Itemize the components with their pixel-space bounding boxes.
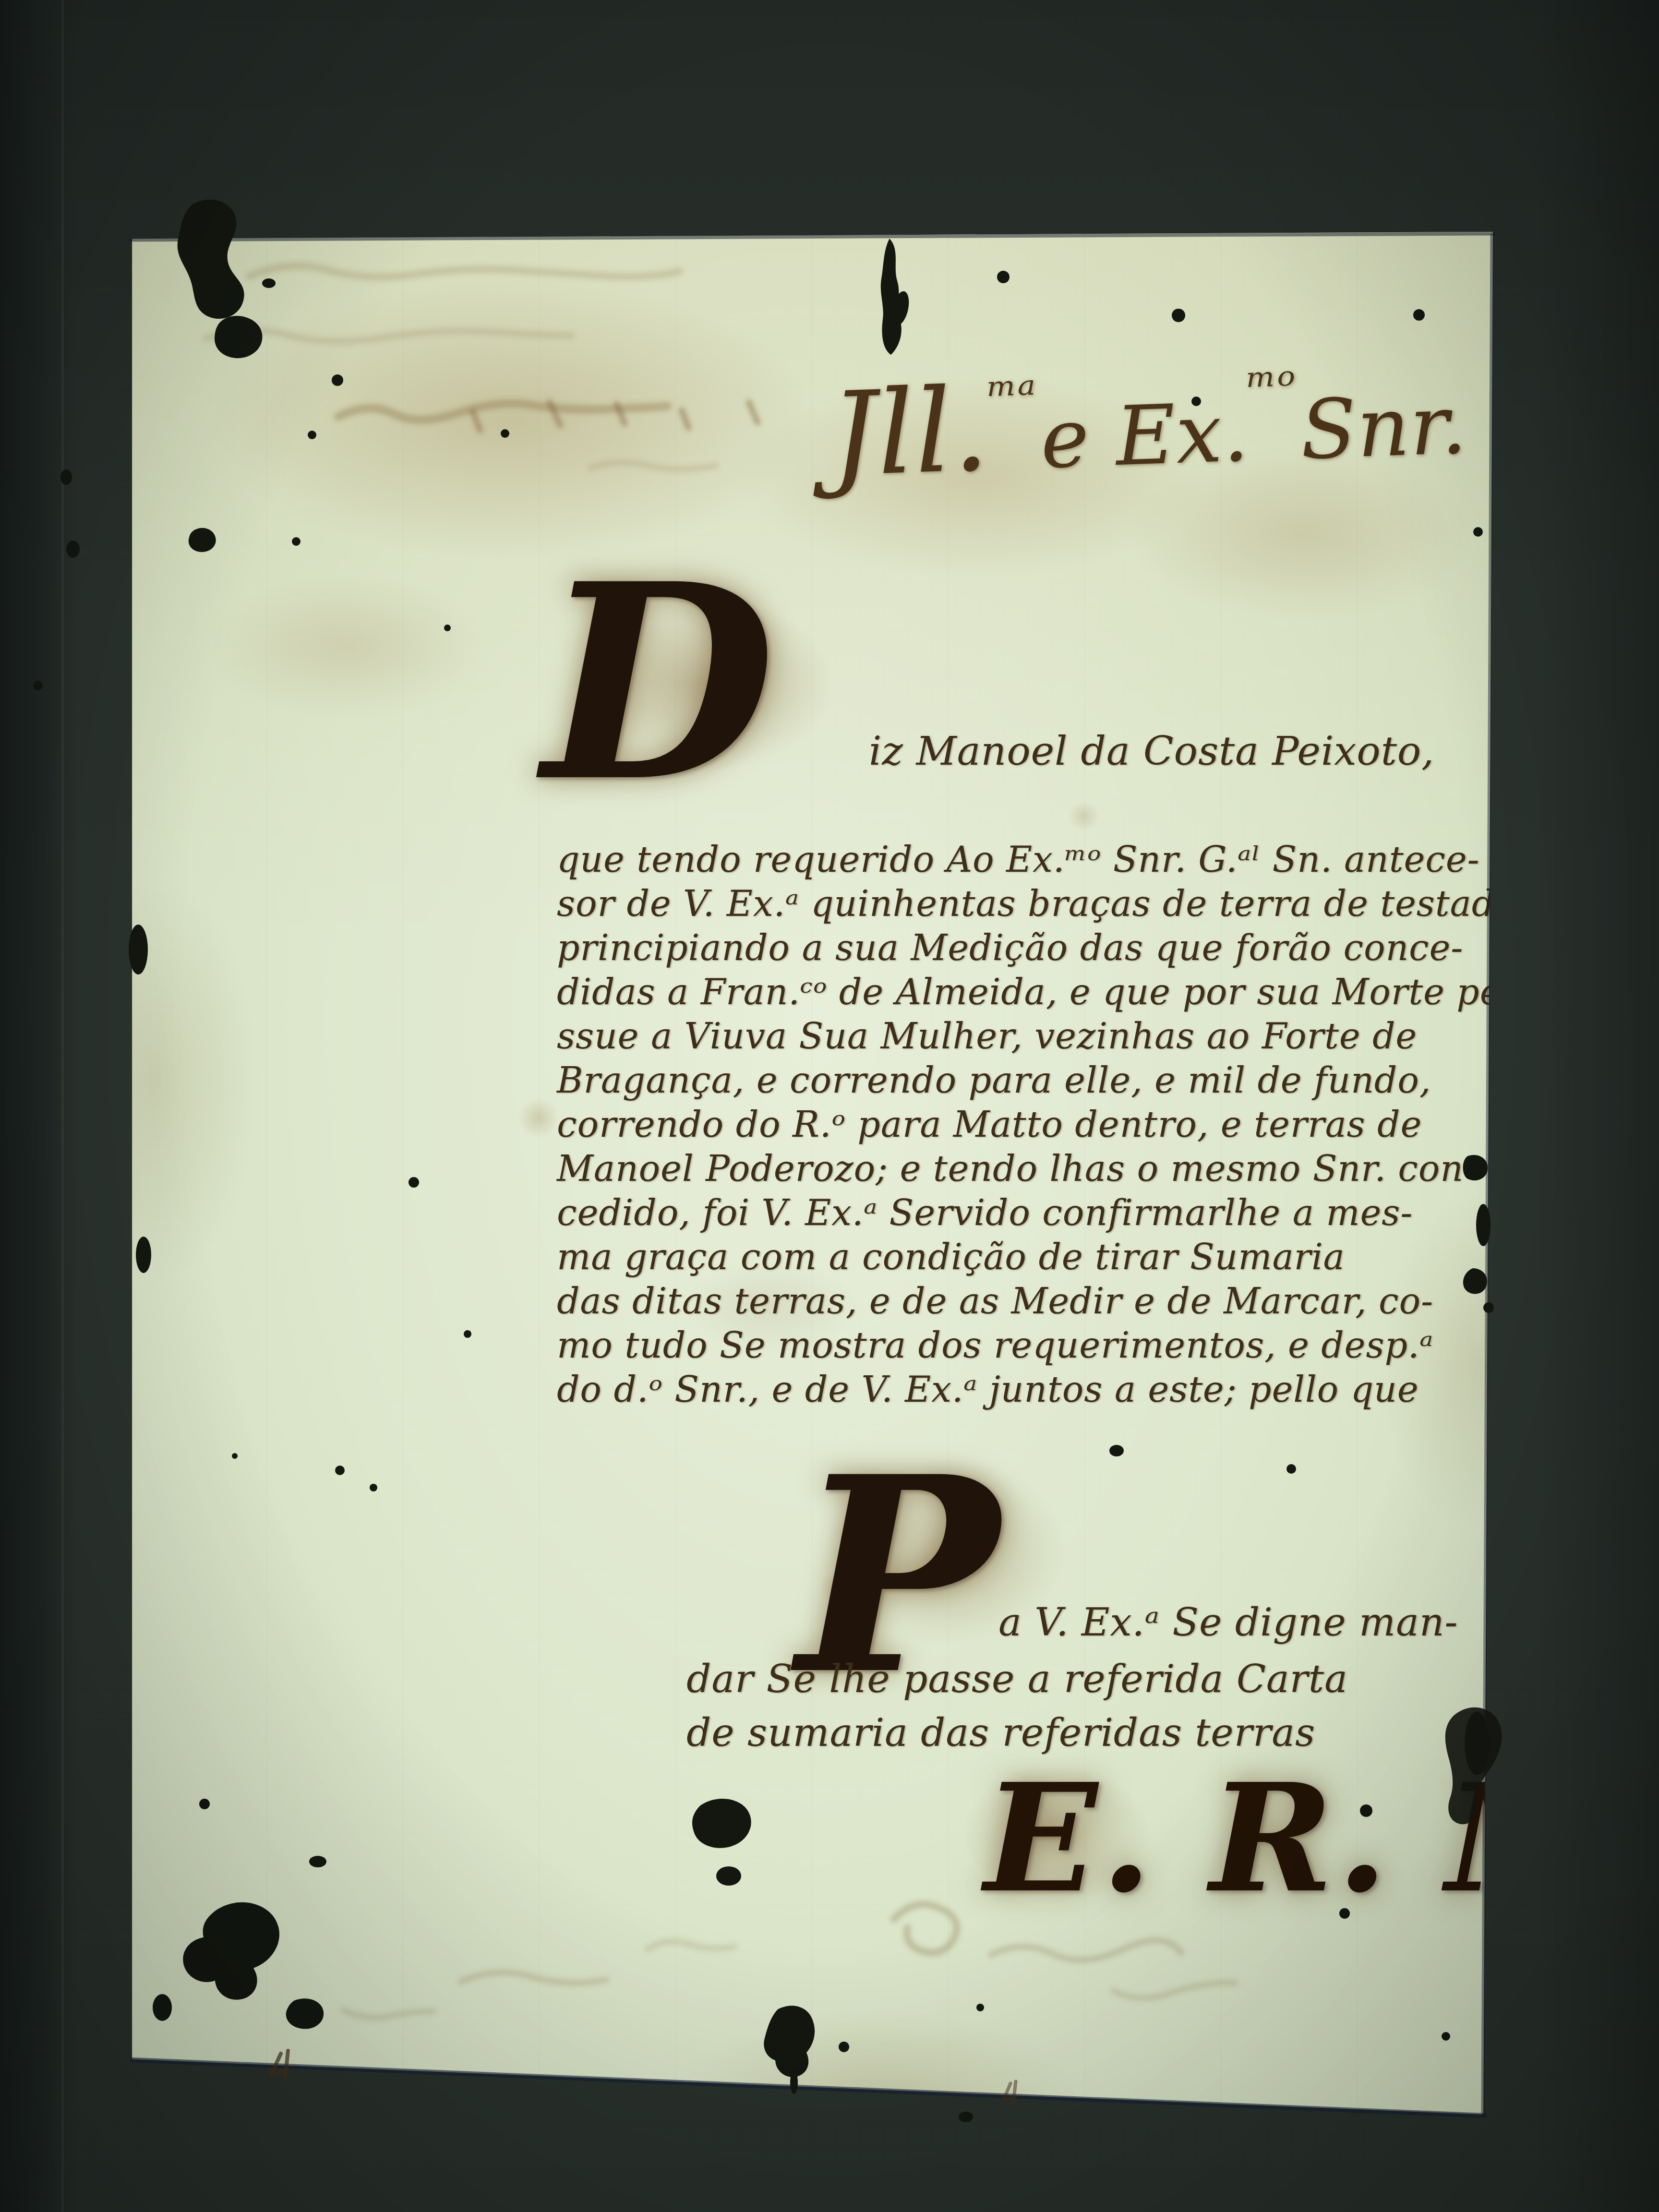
photo-vignette xyxy=(0,0,1659,2212)
photograph-scene: Jll.ᵐᵃ e Ex.ᵐᵒ Snr. D iz Manoel da Costa… xyxy=(0,0,1659,2212)
